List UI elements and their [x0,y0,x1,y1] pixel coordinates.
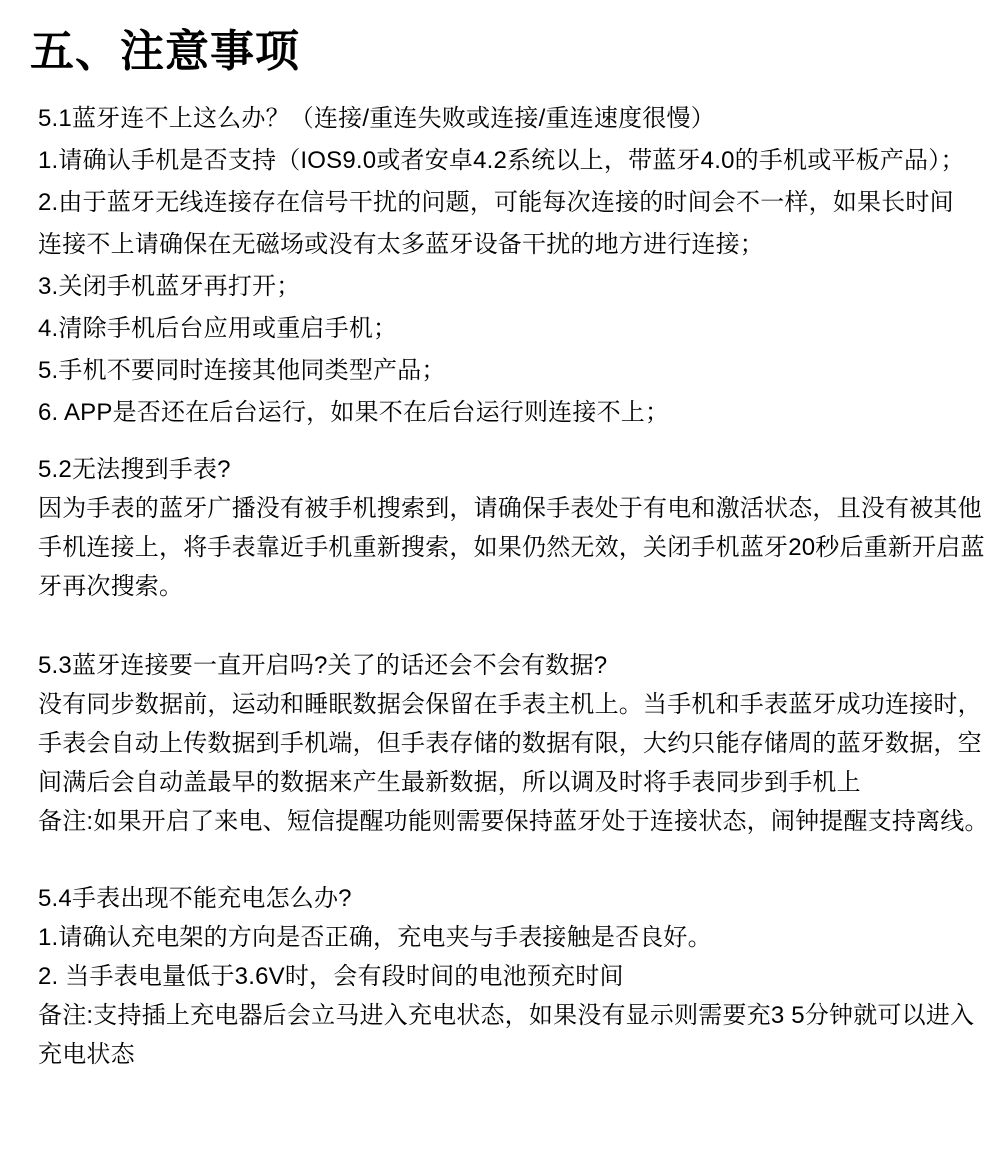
faq-section-5.3: 5.3蓝牙连接要一直开启吗?关了的话还会不会有数据?没有同步数据前，运动和睡眠数… [38,646,980,841]
text-line: 2.由于蓝牙无线连接存在信号干扰的问题，可能每次连接的时间会不一样，如果长时间 [38,182,980,224]
faq-section-5.1: 5.1蓝牙连不上这么办？（连接/重连失败或连接/重连速度很慢）1.请确认手机是否… [38,98,980,434]
text-line: 手机连接上，将手表靠近手机重新搜索，如果仍然无效，关闭手机蓝牙20秒后重新开启蓝 [38,528,980,567]
text-line: 3.关闭手机蓝牙再打开； [38,266,980,308]
faq-section-5.4: 5.4手表出现不能充电怎么办?1.请确认充电架的方向是否正确，充电夹与手表接触是… [38,879,980,1074]
section-heading: 5.3蓝牙连接要一直开启吗?关了的话还会不会有数据? [38,646,980,685]
text-line: 连接不上请确保在无磁场或没有太多蓝牙设备干扰的地方进行连接； [38,224,980,266]
text-line: 1.请确认手机是否支持（IOS9.0或者安卓4.2系统以上，带蓝牙4.0的手机或… [38,140,980,182]
text-line: 没有同步数据前，运动和睡眠数据会保留在手表主机上。当手机和手表蓝牙成功连接时， [38,685,980,724]
sections-container: 5.1蓝牙连不上这么办？（连接/重连失败或连接/重连速度很慢）1.请确认手机是否… [38,98,980,1074]
text-line: 间满后会自动盖最早的数据来产生最新数据，所以调及时将手表同步到手机上 [38,763,980,802]
faq-section-5.2: 5.2无法搜到手表?因为手表的蓝牙广播没有被手机搜索到，请确保手表处于有电和激活… [38,450,980,606]
section-heading: 5.1蓝牙连不上这么办？（连接/重连失败或连接/重连速度很慢） [38,98,980,140]
section-heading: 5.2无法搜到手表? [38,450,980,489]
document-body: 五、注意事项 5.1蓝牙连不上这么办？（连接/重连失败或连接/重连速度很慢）1.… [0,0,1000,1074]
text-line: 备注:支持插上充电器后会立马进入充电状态，如果没有显示则需要充3 5分钟就可以进… [38,996,980,1035]
text-line: 1.请确认充电架的方向是否正确，充电夹与手表接触是否良好。 [38,918,980,957]
text-line: 充电状态 [38,1035,980,1074]
section-heading: 5.4手表出现不能充电怎么办? [38,879,980,918]
text-line: 牙再次搜索。 [38,567,980,606]
text-line: 5.手机不要同时连接其他同类型产品； [38,350,980,392]
text-line: 手表会自动上传数据到手机端，但手表存储的数据有限，大约只能存储周的蓝牙数据，空 [38,724,980,763]
text-line: 4.清除手机后台应用或重启手机； [38,308,980,350]
text-line: 6. APP是否还在后台运行，如果不在后台运行则连接不上； [38,392,980,434]
text-line: 因为手表的蓝牙广播没有被手机搜索到，请确保手表处于有电和激活状态，且没有被其他 [38,489,980,528]
page-title: 五、注意事项 [30,30,980,74]
text-line: 2. 当手表电量低于3.6V时，会有段时间的电池预充时间 [38,957,980,996]
text-line: 备注:如果开启了来电、短信提醒功能则需要保持蓝牙处于连接状态，闹钟提醒支持离线。 [38,802,980,841]
